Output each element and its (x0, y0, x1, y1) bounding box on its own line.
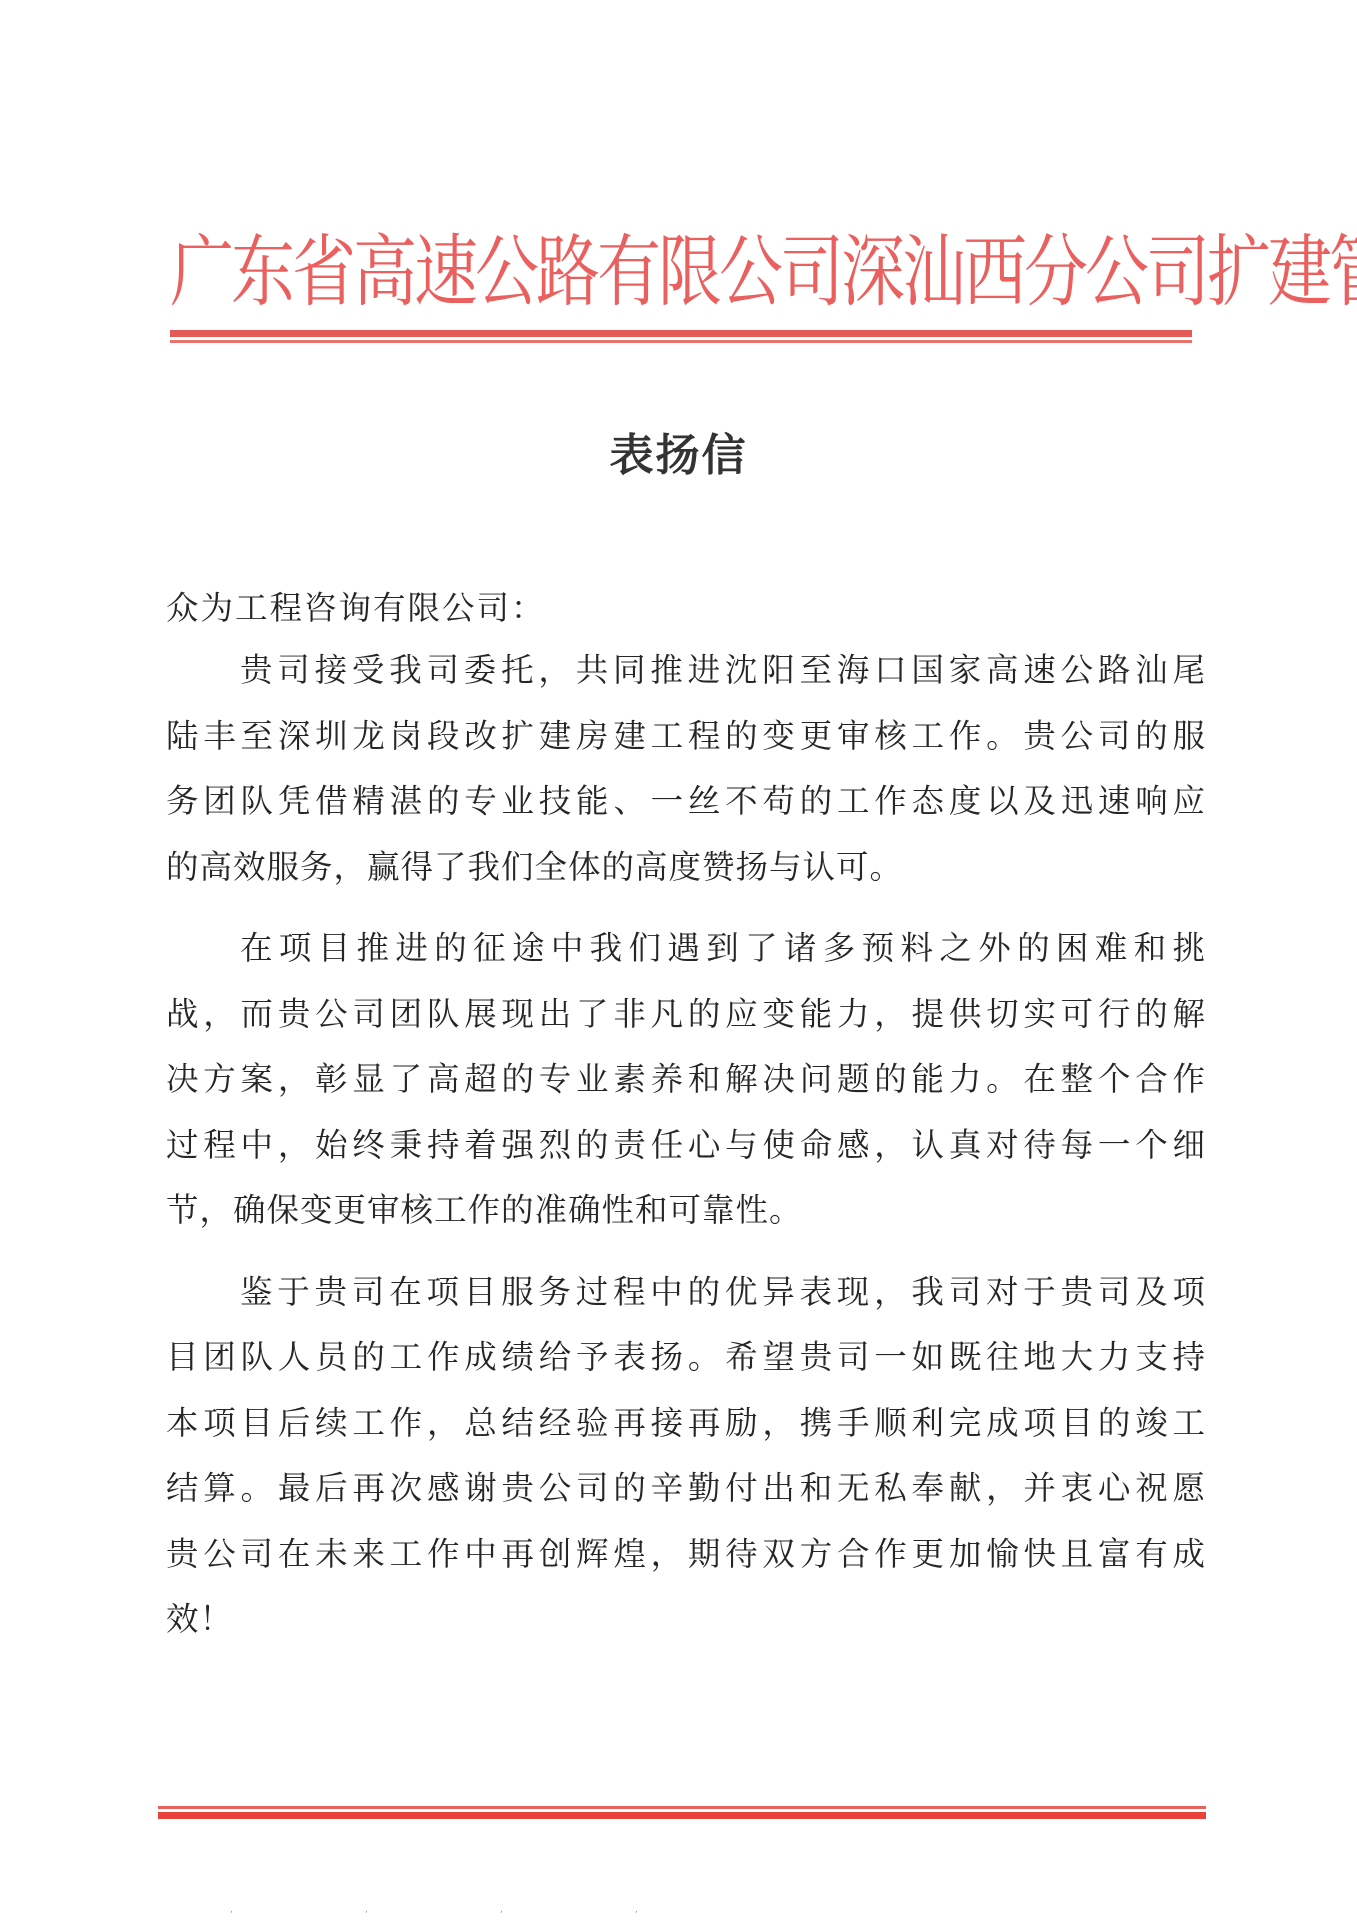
rule-thin-line (158, 1806, 1206, 1809)
letter-body: 众为工程咨询有限公司： 贵司接受我司委托，共同推进沈阳至海口国家高速公路汕尾 陆… (166, 578, 1206, 1669)
scan-mark: , (230, 1905, 233, 1915)
text-line: 战，而贵公司团队展现出了非凡的应变能力，提供切实可行的解 (166, 982, 1206, 1048)
paragraph-1: 贵司接受我司委托，共同推进沈阳至海口国家高速公路汕尾 陆丰至深圳龙岗段改扩建房建… (166, 638, 1206, 900)
rule-thin-line (170, 340, 1192, 343)
text-line: 在项目推进的征途中我们遇到了诸多预料之外的困难和挑 (166, 916, 1206, 982)
paragraph-3: 鉴于贵司在项目服务过程中的优异表现，我司对于贵司及项 目团队人员的工作成绩给予表… (166, 1260, 1206, 1653)
text-line: 鉴于贵司在项目服务过程中的优异表现，我司对于贵司及项 (166, 1260, 1206, 1326)
text-line: 务团队凭借精湛的专业技能、一丝不苟的工作态度以及迅速响应 (166, 769, 1206, 835)
letter-page: 广东省高速公路有限公司深汕西分公司扩建管理处 表扬信 众为工程咨询有限公司： 贵… (0, 0, 1357, 1920)
text-line: 节，确保变更审核工作的准确性和可靠性。 (166, 1178, 1206, 1244)
footer-rule (158, 1806, 1206, 1822)
text-line: 陆丰至深圳龙岗段改扩建房建工程的变更审核工作。贵公司的服 (166, 704, 1206, 770)
text-line: 贵公司在未来工作中再创辉煌，期待双方合作更加愉快且富有成 (166, 1522, 1206, 1588)
letterhead-rule-top (170, 330, 1192, 344)
paragraph-2: 在项目推进的征途中我们遇到了诸多预料之外的困难和挑 战，而贵公司团队展现出了非凡… (166, 916, 1206, 1244)
rule-thick-line (170, 330, 1192, 337)
text-line: 本项目后续工作，总结经验再接再励，携手顺利完成项目的竣工 (166, 1391, 1206, 1457)
text-line: 的高效服务，赢得了我们全体的高度赞扬与认可。 (166, 835, 1206, 901)
scan-mark: , (500, 1905, 503, 1915)
rule-thick-line (158, 1812, 1206, 1819)
scan-artifacts: , , , , (0, 1905, 1357, 1917)
document-title: 表扬信 (0, 428, 1357, 484)
scan-mark: , (365, 1905, 368, 1915)
text-line: 效！ (166, 1587, 1206, 1653)
text-line: 决方案，彰显了高超的专业素养和解决问题的能力。在整个合作 (166, 1047, 1206, 1113)
scan-mark: , (635, 1905, 638, 1915)
salutation: 众为工程咨询有限公司： (166, 578, 1206, 638)
text-line: 结算。最后再次感谢贵公司的辛勤付出和无私奉献，并衷心祝愿 (166, 1456, 1206, 1522)
text-line: 目团队人员的工作成绩给予表扬。希望贵司一如既往地大力支持 (166, 1325, 1206, 1391)
letterhead-organization: 广东省高速公路有限公司深汕西分公司扩建管理处 (170, 218, 1190, 328)
text-line: 贵司接受我司委托，共同推进沈阳至海口国家高速公路汕尾 (166, 638, 1206, 704)
text-line: 过程中，始终秉持着强烈的责任心与使命感，认真对待每一个细 (166, 1113, 1206, 1179)
